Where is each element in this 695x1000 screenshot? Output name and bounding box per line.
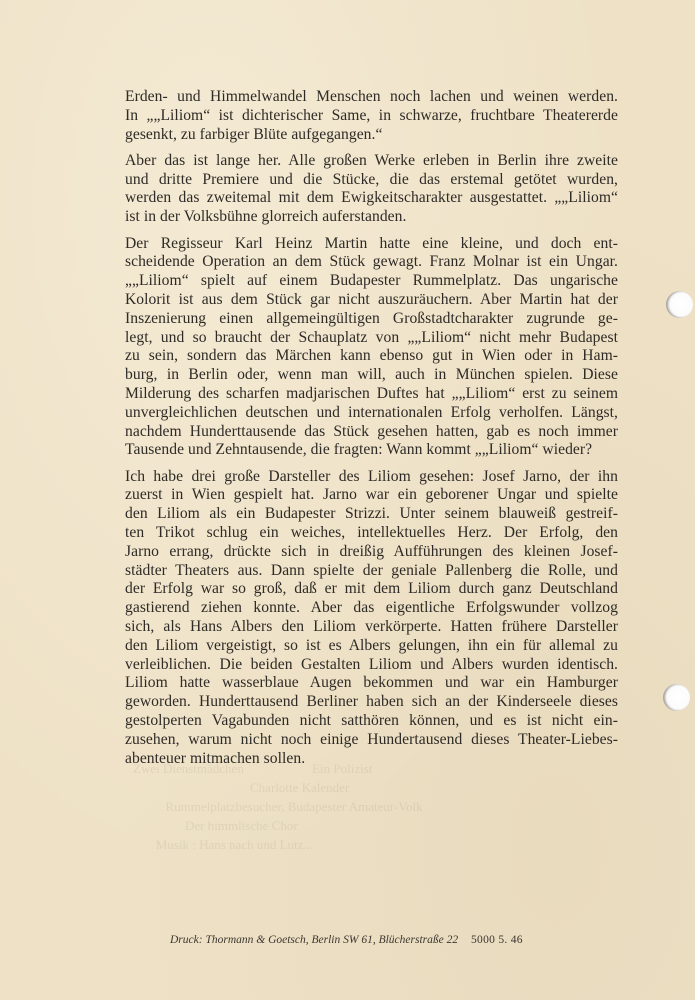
text-line: unvergleichlichen deutschen und internat… xyxy=(125,404,618,423)
text-line: Ich habe drei große Darsteller des Lilio… xyxy=(125,468,618,487)
text-line: In „„Liliom“ ist dichterischer Same, in … xyxy=(125,107,618,126)
text-line: werden das zweitemal mit dem Ewigkeitsch… xyxy=(125,189,618,208)
punch-hole-top xyxy=(666,291,693,318)
printer-name: Druck: Thormann & Goetsch, Berlin SW 61,… xyxy=(170,934,458,946)
text-line: nachdem Hunderttausende das Stück gesehe… xyxy=(125,423,618,442)
paragraph-3: Der Regisseur Karl Heinz Martin hatte ei… xyxy=(125,235,618,461)
text-line: gestolperten Vagabunden nicht satthören … xyxy=(125,712,618,731)
text-line: Liliom hatte wasserblaue Augen bekommen … xyxy=(125,674,618,693)
punch-hole-bottom xyxy=(663,684,690,711)
text-line: Tausende und Zehntausende, die fragten: … xyxy=(125,441,618,460)
text-line: verleiblichen. Die beiden Gestalten Lili… xyxy=(125,656,618,675)
paragraph-1: Erden- und Himmelwandel Menschen noch la… xyxy=(125,88,618,144)
text-line: gastierend ziehen konnte. Aber das eigen… xyxy=(125,599,618,618)
article-body: Erden- und Himmelwandel Menschen noch la… xyxy=(125,88,618,776)
text-line: „„Liliom“ spielt auf einem Budapester Ru… xyxy=(125,272,618,291)
text-line: burg, in Berlin oder, wenn man will, auc… xyxy=(125,366,618,385)
text-line: ist in der Volksbühne glorreich aufersta… xyxy=(125,208,618,227)
text-line: zu sein, sondern das Märchen kann ebenso… xyxy=(125,347,618,366)
text-line: städter Theaters aus. Dann spielte der g… xyxy=(125,562,618,581)
text-line: legt, und so braucht der Schauplatz von … xyxy=(125,329,618,348)
text-line: der Erfolg war so groß, daß er mit dem L… xyxy=(125,580,618,599)
text-line: Erden- und Himmelwandel Menschen noch la… xyxy=(125,88,618,107)
text-line: Jarno errang, drückte sich in dreißig Au… xyxy=(125,543,618,562)
text-line: ten Trikot schlug ein weiches, intellekt… xyxy=(125,524,618,543)
text-line: Der Regisseur Karl Heinz Martin hatte ei… xyxy=(125,235,618,254)
document-page: Zwei Dienstmädchen Ein Polizist Charlott… xyxy=(0,0,695,1000)
text-line: gesenkt, zu farbiger Blüte aufgegangen.“ xyxy=(125,126,618,145)
text-line: Aber das ist lange her. Alle großen Werk… xyxy=(125,152,618,171)
text-line: zusehen, warum nicht noch einige Hundert… xyxy=(125,731,618,750)
text-line: den Liliom vergeistigt, so ist es Albers… xyxy=(125,637,618,656)
text-line: Milderung des scharfen madjarischen Duft… xyxy=(125,385,618,404)
text-line: scheidende Operation an dem Stück gewagt… xyxy=(125,253,618,272)
text-line: den Liliom als ein Budapester Strizzi. U… xyxy=(125,505,618,524)
text-line: Kolorit ist aus dem Stück gar nicht ausz… xyxy=(125,291,618,310)
text-line: zuerst in Wien gespielt hat. Jarno war e… xyxy=(125,486,618,505)
text-line: abenteuer mitmachen sollen. xyxy=(125,750,618,769)
printer-imprint: Druck: Thormann & Goetsch, Berlin SW 61,… xyxy=(170,934,590,946)
text-line: sich, als Hans Albers den Liliom verkörp… xyxy=(125,618,618,637)
text-line: geworden. Hunderttausend Berliner haben … xyxy=(125,693,618,712)
paragraph-2: Aber das ist lange her. Alle großen Werk… xyxy=(125,152,618,227)
text-line: und dritte Premiere und die Stücke, die … xyxy=(125,171,618,190)
paragraph-4: Ich habe drei große Darsteller des Lilio… xyxy=(125,468,618,769)
print-code: 5000 5. 46 xyxy=(471,934,523,946)
text-line: Inszenierung einen allgemeingültigen Gro… xyxy=(125,310,618,329)
